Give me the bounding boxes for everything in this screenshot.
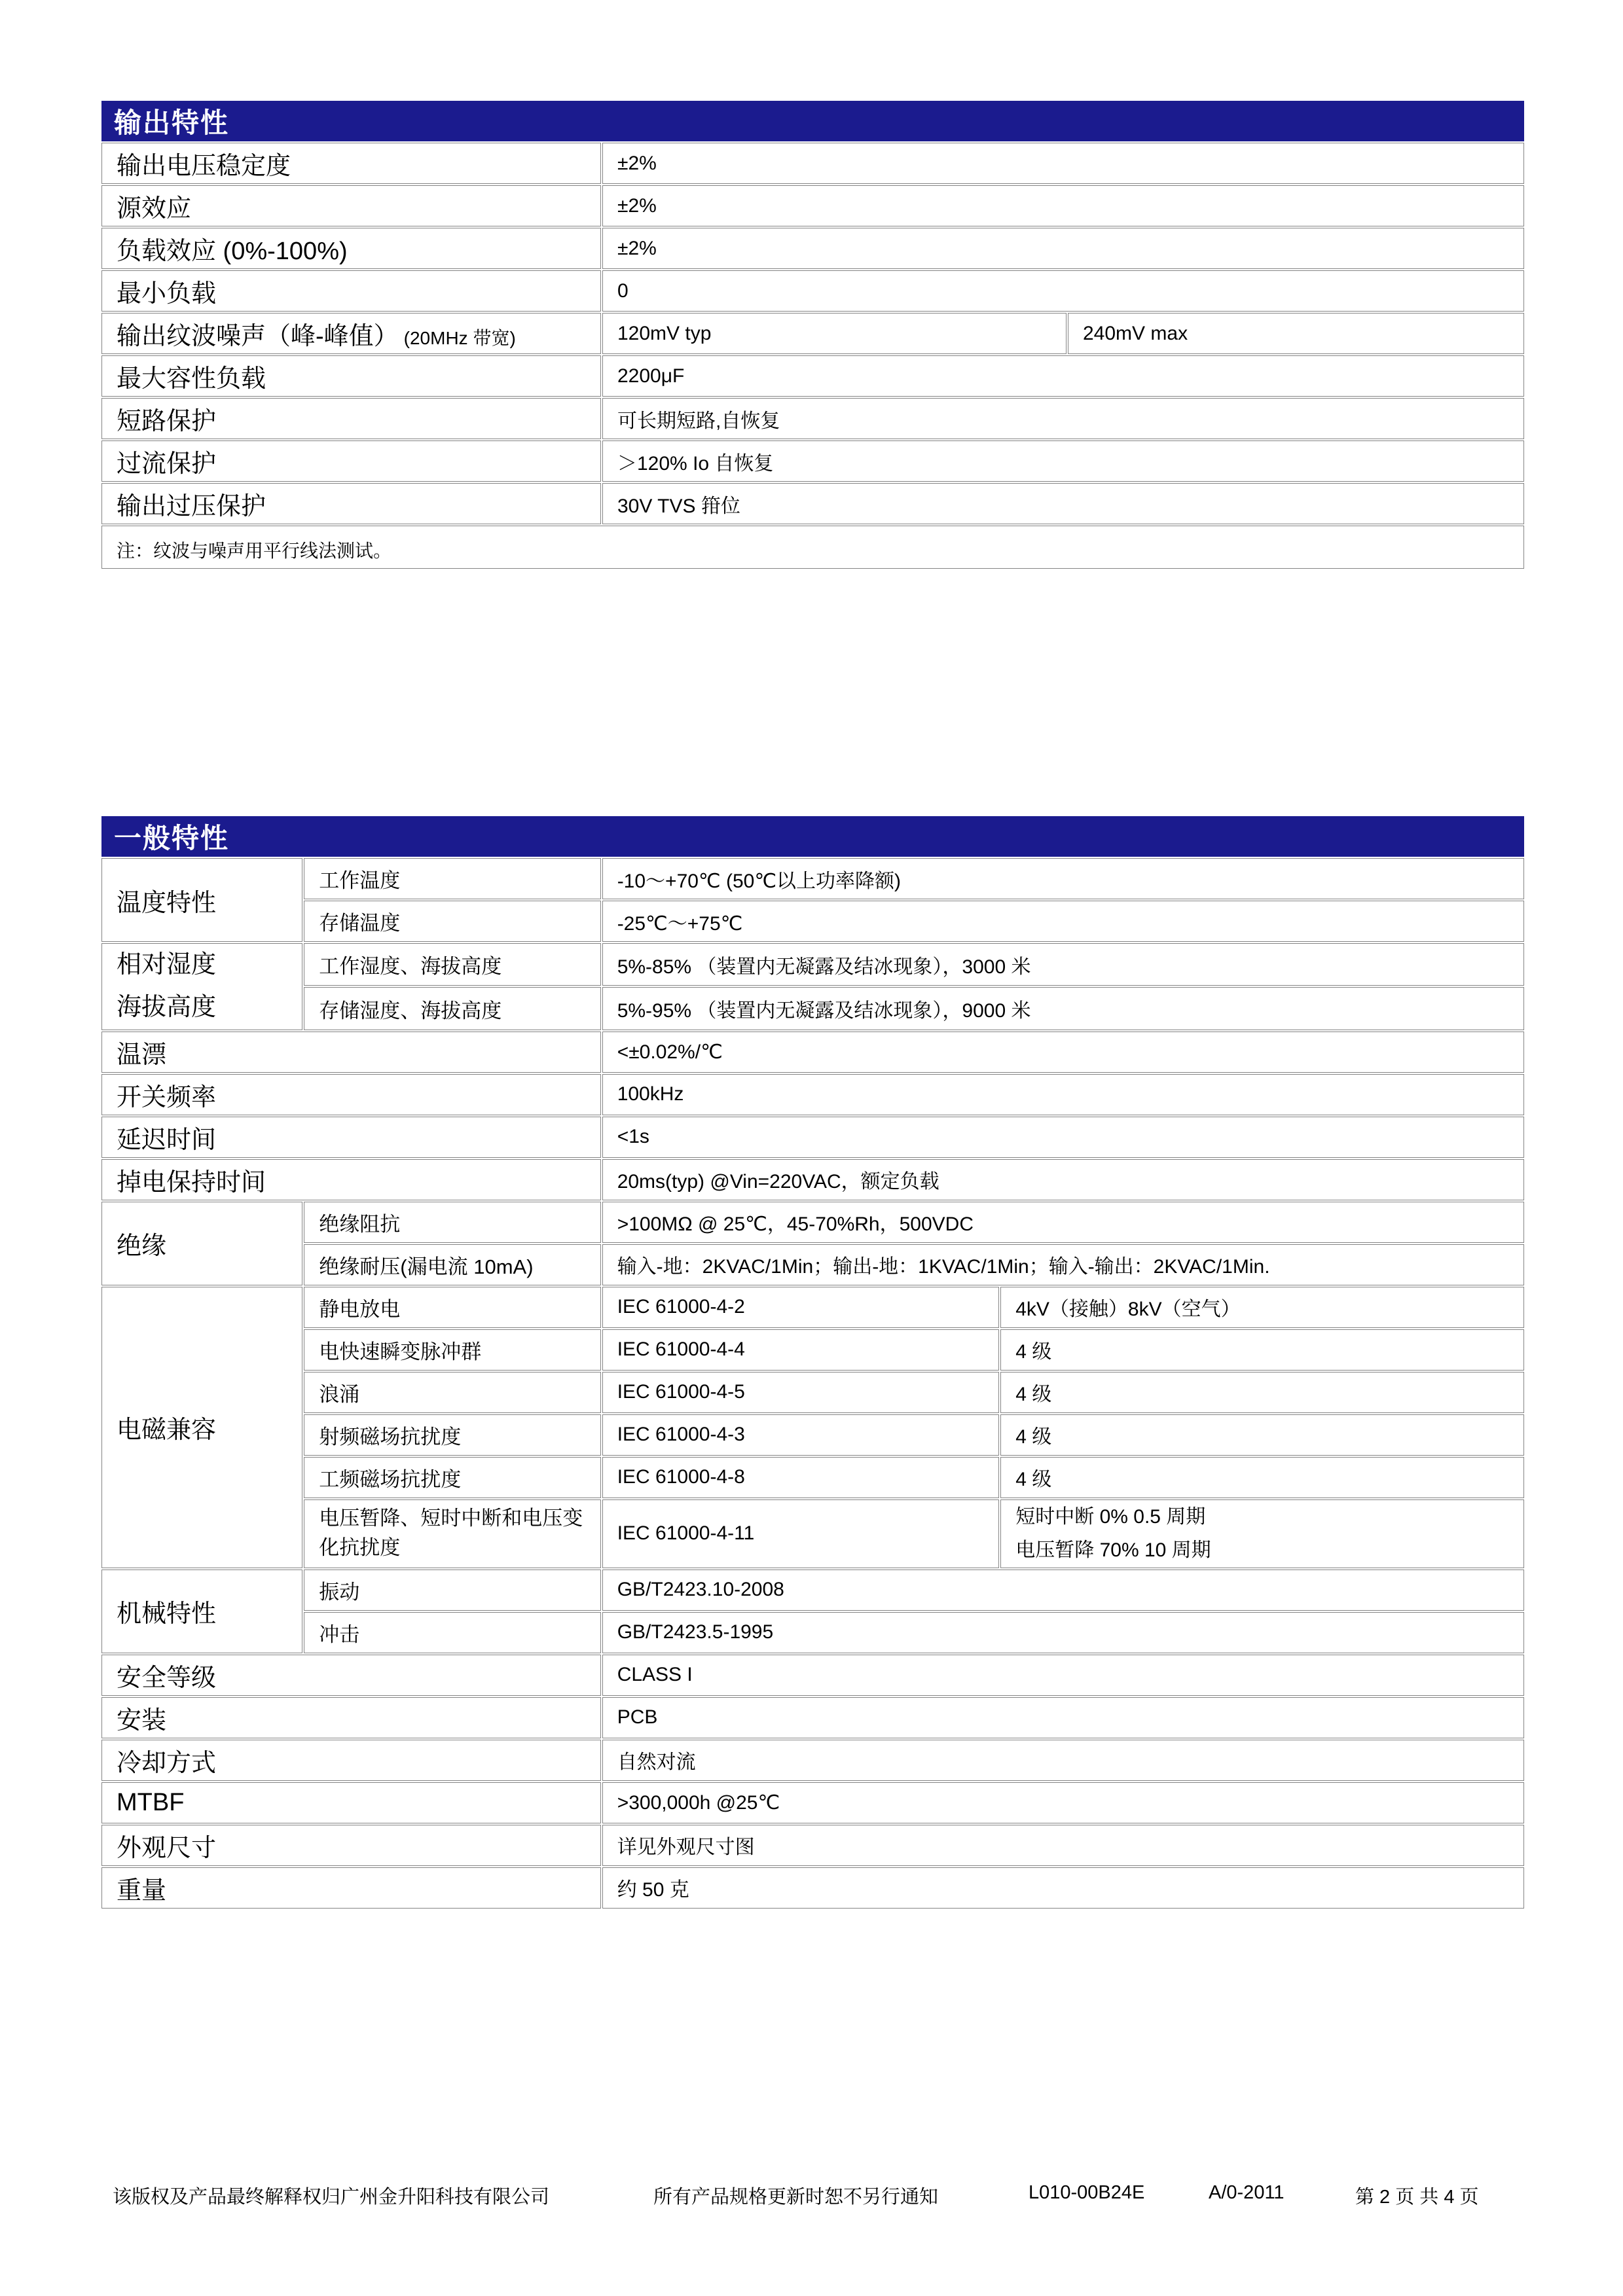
- spec-level: 4 级: [1000, 1329, 1524, 1371]
- spec-label: 延迟时间: [101, 1117, 601, 1158]
- spec-sublabel: 浪涌: [304, 1372, 600, 1413]
- spec-label: 开关频率: [101, 1074, 601, 1115]
- spec-sublabel: 存储温度: [304, 901, 600, 942]
- spec-label: 温漂: [101, 1031, 601, 1073]
- spec-label-small: (20MHz 带宽): [404, 328, 516, 348]
- table-row: 最小负载 0: [101, 270, 1524, 312]
- group-label-emc: 电磁兼容: [101, 1287, 302, 1568]
- spec-label: 冷却方式: [101, 1740, 601, 1781]
- spec-standard: IEC 61000-4-11: [602, 1499, 1000, 1568]
- table-row: 电压暂降、短时中断和电压变化抗扰度 IEC 61000-4-11 短时中断 0%…: [101, 1499, 1524, 1568]
- spec-level: 短时中断 0% 0.5 周期 电压暂降 70% 10 周期: [1000, 1499, 1524, 1568]
- group-label-temperature: 温度特性: [101, 858, 302, 942]
- table-row: 源效应 ±2%: [101, 185, 1524, 226]
- group-label-humidity-altitude: 相对湿度 海拔高度: [101, 943, 302, 1030]
- table-row: 重量 约 50 克: [101, 1867, 1524, 1909]
- spec-value: 可长期短路,自恢复: [602, 398, 1524, 439]
- footer-revision: A/0-2011: [1209, 2182, 1285, 2204]
- spec-value: 自然对流: [602, 1740, 1524, 1781]
- spec-label: 最大容性负载: [101, 355, 601, 397]
- spec-label: 源效应: [101, 185, 601, 226]
- spec-value: 30V TVS 箝位: [602, 483, 1524, 524]
- table-row: 过流保护 ＞120% Io 自恢复: [101, 440, 1524, 482]
- general-table-title: 一般特性: [101, 816, 1524, 857]
- general-characteristics-table: 一般特性 温度特性 工作温度 -10～+70℃ (50℃以上功率降额) 存储温度…: [100, 815, 1525, 1910]
- spec-value: -25℃～+75℃: [602, 901, 1524, 942]
- spec-label-main: 输出纹波噪声（峰-峰值）: [117, 323, 399, 350]
- spec-value: 0: [602, 270, 1524, 312]
- table-row: 冲击 GB/T2423.5-1995: [101, 1612, 1524, 1653]
- table-row: 输出过压保护 30V TVS 箝位: [101, 483, 1524, 524]
- spec-value: 输入-地：2KVAC/1Min；输出-地：1KVAC/1Min；输入-输出：2K…: [602, 1244, 1524, 1285]
- spec-value: ±2%: [602, 185, 1524, 226]
- spec-standard: IEC 61000-4-3: [602, 1414, 1000, 1456]
- table-row: 电磁兼容 静电放电 IEC 61000-4-2 4kV（接触）8kV（空气）: [101, 1287, 1524, 1328]
- spec-value: GB/T2423.10-2008: [602, 1570, 1524, 1611]
- table-row: 短路保护 可长期短路,自恢复: [101, 398, 1524, 439]
- general-table-header: 一般特性: [101, 816, 1524, 857]
- spec-label: 掉电保持时间: [101, 1159, 601, 1200]
- spec-standard: IEC 61000-4-5: [602, 1372, 1000, 1413]
- table-row: 开关频率 100kHz: [101, 1074, 1524, 1115]
- table-row: 输出电压稳定度 ±2%: [101, 143, 1524, 184]
- table-row: 射频磁场抗扰度 IEC 61000-4-3 4 级: [101, 1414, 1524, 1456]
- table-row: 安全等级 CLASS I: [101, 1655, 1524, 1696]
- spec-label: 重量: [101, 1867, 601, 1909]
- table-row: 输出纹波噪声（峰-峰值）(20MHz 带宽) 120mV typ 240mV m…: [101, 313, 1524, 354]
- table-note: 注：纹波与噪声用平行线法测试。: [101, 526, 1524, 569]
- spec-value: ＞120% Io 自恢复: [602, 440, 1524, 482]
- spec-level: 4 级: [1000, 1372, 1524, 1413]
- spec-value: 详见外观尺寸图: [602, 1825, 1524, 1866]
- page-footer: 该版权及产品最终解释权归广州金升阳科技有限公司 所有产品规格更新时恕不另行通知 …: [0, 2182, 1623, 2211]
- spec-label: 最小负载: [101, 270, 601, 312]
- group-label-insulation: 绝缘: [101, 1202, 302, 1285]
- spec-value: <1s: [602, 1117, 1524, 1158]
- spec-sublabel: 振动: [304, 1570, 600, 1611]
- footer-copyright: 该版权及产品最终解释权归广州金升阳科技有限公司: [113, 2182, 549, 2209]
- spec-value: CLASS I: [602, 1655, 1524, 1696]
- output-characteristics-table: 输出特性 输出电压稳定度 ±2% 源效应 ±2% 负载效应 (0%-100%) …: [100, 99, 1525, 570]
- spec-value: 2200μF: [602, 355, 1524, 397]
- spec-sublabel: 工作温度: [304, 858, 600, 899]
- spec-sublabel: 电快速瞬变脉冲群: [304, 1329, 600, 1371]
- group-label-mechanical: 机械特性: [101, 1570, 302, 1653]
- footer-page-number: 第 2 页 共 4 页: [1355, 2182, 1479, 2209]
- spec-value: ±2%: [602, 228, 1524, 269]
- spec-label: 输出纹波噪声（峰-峰值）(20MHz 带宽): [101, 313, 601, 354]
- table-row: 机械特性 振动 GB/T2423.10-2008: [101, 1570, 1524, 1611]
- table-note-row: 注：纹波与噪声用平行线法测试。: [101, 526, 1524, 569]
- spec-value: 5%-95% （装置内无凝露及结冰现象），9000 米: [602, 987, 1524, 1030]
- table-row: 绝缘耐压(漏电流 10mA) 输入-地：2KVAC/1Min；输出-地：1KVA…: [101, 1244, 1524, 1285]
- table-row: 存储温度 -25℃～+75℃: [101, 901, 1524, 942]
- footer-document-number: L010-00B24E: [1029, 2182, 1144, 2204]
- spec-value: PCB: [602, 1697, 1524, 1738]
- table-row: MTBF >300,000h @25℃: [101, 1782, 1524, 1823]
- table-row: 绝缘 绝缘阻抗 >100MΩ @ 25℃，45-70%Rh，500VDC: [101, 1202, 1524, 1243]
- spec-sublabel: 工频磁场抗扰度: [304, 1457, 600, 1498]
- table-row: 延迟时间 <1s: [101, 1117, 1524, 1158]
- output-table-header: 输出特性: [101, 101, 1524, 141]
- table-row: 负载效应 (0%-100%) ±2%: [101, 228, 1524, 269]
- table-row: 冷却方式 自然对流: [101, 1740, 1524, 1781]
- spec-sublabel: 静电放电: [304, 1287, 600, 1328]
- spec-sublabel: 绝缘阻抗: [304, 1202, 600, 1243]
- spec-label: 安全等级: [101, 1655, 601, 1696]
- spec-sublabel: 存储湿度、海拔高度: [304, 987, 600, 1030]
- spec-label: 过流保护: [101, 440, 601, 482]
- spec-sublabel: 冲击: [304, 1612, 600, 1653]
- spec-value: >300,000h @25℃: [602, 1782, 1524, 1823]
- spec-sublabel: 绝缘耐压(漏电流 10mA): [304, 1244, 600, 1285]
- spec-value: ±2%: [602, 143, 1524, 184]
- spec-sublabel: 电压暂降、短时中断和电压变化抗扰度: [304, 1499, 600, 1568]
- spec-value: 100kHz: [602, 1074, 1524, 1115]
- spec-value: 20ms(typ) @Vin=220VAC，额定负载: [602, 1159, 1524, 1200]
- spec-label: 输出电压稳定度: [101, 143, 601, 184]
- spec-level: 4 级: [1000, 1457, 1524, 1498]
- table-row: 外观尺寸 详见外观尺寸图: [101, 1825, 1524, 1866]
- table-row: 存储湿度、海拔高度 5%-95% （装置内无凝露及结冰现象），9000 米: [101, 987, 1524, 1030]
- table-row: 掉电保持时间 20ms(typ) @Vin=220VAC，额定负载: [101, 1159, 1524, 1200]
- spec-standard: IEC 61000-4-4: [602, 1329, 1000, 1371]
- table-row: 浪涌 IEC 61000-4-5 4 级: [101, 1372, 1524, 1413]
- table-row: 温度特性 工作温度 -10～+70℃ (50℃以上功率降额): [101, 858, 1524, 899]
- spec-level: 4 级: [1000, 1414, 1524, 1456]
- table-row: 相对湿度 海拔高度 工作湿度、海拔高度 5%-85% （装置内无凝露及结冰现象）…: [101, 943, 1524, 986]
- footer-notice: 所有产品规格更新时恕不另行通知: [653, 2182, 938, 2209]
- output-table-title: 输出特性: [101, 101, 1524, 141]
- spec-standard: IEC 61000-4-2: [602, 1287, 1000, 1328]
- spec-label: 安装: [101, 1697, 601, 1738]
- spec-value: 约 50 克: [602, 1867, 1524, 1909]
- spec-value: -10～+70℃ (50℃以上功率降额): [602, 858, 1524, 899]
- table-row: 最大容性负载 2200μF: [101, 355, 1524, 397]
- spec-value-max: 240mV max: [1068, 313, 1524, 354]
- spec-sublabel: 射频磁场抗扰度: [304, 1414, 600, 1456]
- spec-standard: IEC 61000-4-8: [602, 1457, 1000, 1498]
- spec-label: 短路保护: [101, 398, 601, 439]
- table-row: 电快速瞬变脉冲群 IEC 61000-4-4 4 级: [101, 1329, 1524, 1371]
- table-row: 工频磁场抗扰度 IEC 61000-4-8 4 级: [101, 1457, 1524, 1498]
- spec-value: GB/T2423.5-1995: [602, 1612, 1524, 1653]
- spec-value: <±0.02%/℃: [602, 1031, 1524, 1073]
- table-row: 温漂 <±0.02%/℃: [101, 1031, 1524, 1073]
- spec-label: 输出过压保护: [101, 483, 601, 524]
- spec-value-typ: 120mV typ: [602, 313, 1067, 354]
- spec-value: 5%-85% （装置内无凝露及结冰现象），3000 米: [602, 943, 1524, 986]
- spec-level: 4kV（接触）8kV（空气）: [1000, 1287, 1524, 1328]
- spec-label: MTBF: [101, 1782, 601, 1823]
- spec-label: 负载效应 (0%-100%): [101, 228, 601, 269]
- spec-label: 外观尺寸: [101, 1825, 601, 1866]
- spec-sublabel: 工作湿度、海拔高度: [304, 943, 600, 986]
- spec-value: >100MΩ @ 25℃，45-70%Rh，500VDC: [602, 1202, 1524, 1243]
- table-row: 安装 PCB: [101, 1697, 1524, 1738]
- datasheet-page: 输出特性 输出电压稳定度 ±2% 源效应 ±2% 负载效应 (0%-100%) …: [0, 0, 1623, 2296]
